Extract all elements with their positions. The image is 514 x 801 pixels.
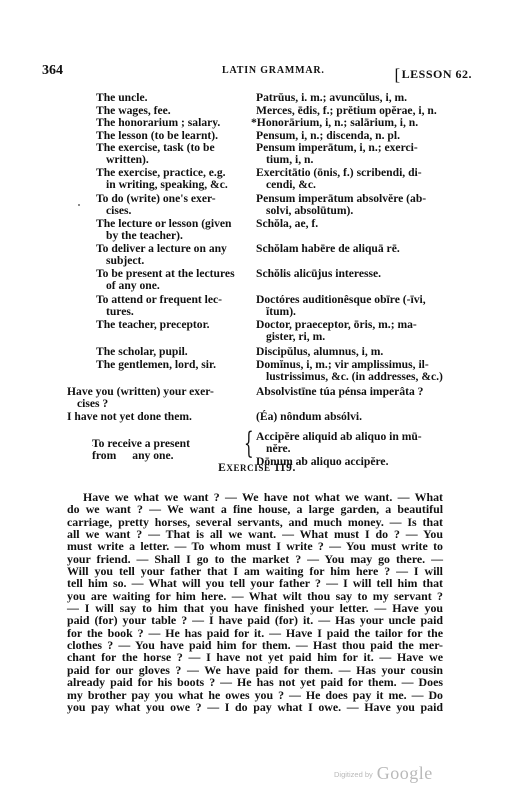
vocab-english: The exercise, practice, e.g.in writing, … [96, 167, 250, 192]
print-speck [78, 204, 80, 206]
exercise-title: EXERCISE 119. [0, 462, 514, 474]
vocab-latin: Domĭnus, i, m.; vir amplissimus, il-lust… [256, 359, 474, 384]
print-speck [92, 445, 93, 446]
vocab-english: The uncle. [96, 92, 250, 104]
vocab-english: The gentlemen, lord, sir. [96, 359, 250, 371]
vocab-latin: Doctóres auditionêsque obīre (-īvi,ĭtum)… [256, 294, 474, 319]
exercise-line: already paid for his boots ? — He has no… [67, 676, 443, 688]
exercise-line: tell him so. — What will you tell your f… [67, 577, 443, 589]
exercise-line: do we want ? — We want a fine house, a l… [67, 503, 443, 515]
vocab-english: I have not yet done them. [67, 411, 252, 423]
vocab-english: The teacher, preceptor. [96, 319, 250, 331]
vocab-english: The scholar, pupil. [96, 346, 250, 358]
vocab-latin: Pensum imperātum absolvĕre (ab-solvi, ab… [256, 193, 474, 218]
vocab-english: To attend or frequent lec-tures. [96, 294, 250, 319]
vocab-latin: Schŏlis alicūjus interesse. [256, 268, 474, 280]
vocab-latin: (Éa) nôndum absólvi. [256, 411, 474, 423]
book-page: 364 LATIN GRAMMAR. [LESSON 62. The uncle… [0, 0, 514, 801]
running-head: 364 LATIN GRAMMAR. [LESSON 62. [42, 63, 472, 79]
exercise-line: you pay what you owe ? — I do pay what I… [67, 701, 443, 713]
vocab-latin: Absolvistīne túa pénsa imperâta ? [256, 386, 474, 398]
lesson-bracket: [ [394, 65, 400, 84]
vocab-latin: Schŏla, ae, f. [256, 218, 474, 230]
vocab-latin: *Honorārium, i, n.; salārium, i, n. [251, 117, 469, 129]
vocab-english: To do (write) one's exer-cises. [96, 193, 250, 218]
vocab-latin: Exercitātio (ōnis, f.) scribendi, di-cen… [256, 167, 474, 192]
vocab-latin: Patrŭus, i. m.; avuncŭlus, i, m. [256, 92, 474, 104]
exercise-line: paid (for) your table ? — I have paid (f… [67, 614, 443, 626]
vocab-latin: Pensum imperātum, i, n.; exerci-tium, i,… [256, 142, 474, 167]
exercise-line: must write a letter. — To whom must I wr… [67, 540, 443, 552]
vocab-latin: Discipŭlus, alumnus, i, m. [256, 346, 474, 358]
exercise-line: chant for the horse ? — I have not yet p… [67, 651, 443, 663]
lesson-number: LESSON 62. [402, 67, 472, 81]
vocab-latin: Doctor, praeceptor, ōris, m.; ma-gister,… [256, 319, 474, 344]
vocab-english: The exercise, task (to bewritten). [96, 142, 250, 167]
vocab-english: Have you (written) your exer-cises ? [67, 386, 252, 411]
vocab-english: The honorarium ; salary. [96, 117, 250, 129]
brace-symbol: { [244, 429, 254, 459]
vocab-english: To be present at the lecturesof any one. [96, 268, 250, 293]
lesson-label: [LESSON 62. [394, 63, 472, 83]
google-logo: Google [377, 763, 433, 783]
book-title: LATIN GRAMMAR. [222, 65, 325, 76]
exercise-text: Have we what we want ? — We have not wha… [67, 491, 443, 713]
digitized-watermark: Digitized by Google [334, 763, 433, 784]
page-number: 364 [42, 63, 63, 79]
watermark-prefix: Digitized by [334, 770, 373, 779]
brace-english: To receive a present fromany one. [92, 438, 248, 463]
exercise-line: my brother pay you what he owes you ? — … [67, 689, 443, 701]
vocab-latin: Schŏlam habēre de aliquā rē. [256, 243, 474, 255]
vocab-english: To deliver a lecture on anysubject. [96, 243, 250, 268]
vocab-english: The lecture or lesson (givenby the teach… [96, 218, 250, 243]
